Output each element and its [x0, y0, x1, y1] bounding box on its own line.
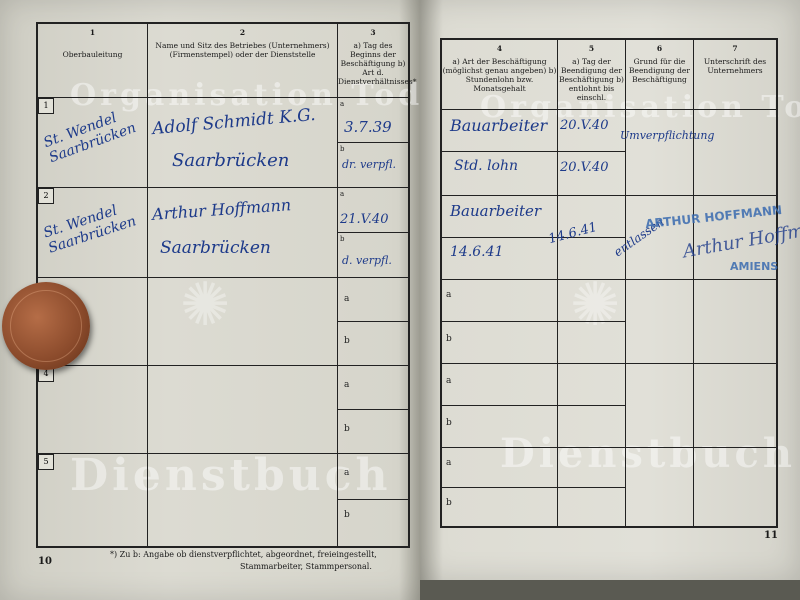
row2-dienst-art: d. verpfl.: [342, 254, 392, 267]
label-a: a: [446, 376, 451, 386]
r1-end-date: 20.V.40: [560, 118, 608, 133]
label-b: b: [340, 145, 344, 153]
r1-sign: [694, 110, 776, 196]
r5-grund: [626, 448, 694, 526]
r5-a: [442, 448, 558, 488]
label-a: a: [340, 190, 344, 198]
row4-col1: [38, 366, 148, 454]
r4-a: [442, 364, 558, 406]
employment-table-left: 1Oberbauleitung 2Name und Sitz des Betri…: [36, 22, 410, 548]
label-b: b: [446, 334, 452, 344]
label-b: b: [344, 510, 350, 520]
r3-b: [442, 322, 558, 364]
footnote-line1: *) Zu b: Angabe ob dienstverpflichtet, a…: [110, 550, 377, 559]
r3-a-end: [558, 280, 626, 322]
r2-lohn: 14.6.41: [450, 244, 503, 260]
r5-sign: [694, 448, 776, 526]
r2-art: Bauarbeiter: [450, 202, 541, 220]
r3-sign: [694, 280, 776, 364]
label-b: b: [344, 424, 350, 434]
row3-col2: [148, 278, 338, 366]
r4-b: [442, 406, 558, 448]
row1-begin-date: 3.7.39: [344, 118, 392, 136]
label-a: a: [344, 380, 349, 390]
label-a: a: [344, 294, 349, 304]
label-b: b: [340, 235, 344, 243]
r4-a-end: [558, 364, 626, 406]
r4-grund: [626, 364, 694, 448]
label-a: a: [340, 100, 344, 108]
r3-a: [442, 280, 558, 322]
page-number-right: 11: [764, 530, 778, 541]
page-number-left: 10: [38, 556, 52, 567]
stamp-city: AMIENS: [730, 260, 778, 273]
r1-grund: Umverpflichtung: [620, 116, 690, 156]
row-number: 1: [38, 98, 54, 114]
r1-lohn: Std. lohn: [454, 158, 518, 174]
header-col4: 4a) Art der Beschäftigung (möglichst gen…: [442, 40, 558, 110]
r3-b-end: [558, 322, 626, 364]
label-b: b: [446, 498, 452, 508]
row-number: 5: [38, 454, 54, 470]
header-col6: 6Grund für die Beendigung der Beschäftig…: [626, 40, 694, 110]
row5-col1: [38, 454, 148, 546]
r4-b-end: [558, 406, 626, 448]
label-a: a: [446, 458, 451, 468]
r3-grund: [626, 280, 694, 364]
row1-dienst-art: dr. verpfl.: [342, 158, 396, 171]
row5-col2: [148, 454, 338, 546]
row5-b: [338, 500, 408, 546]
employment-table-right: 4a) Art der Beschäftigung (möglichst gen…: [440, 38, 778, 528]
header-col7: 7Unterschrift des Unternehmers: [694, 40, 776, 110]
euro-cent-coin: [2, 282, 90, 370]
header-col1: 1Oberbauleitung: [38, 24, 148, 98]
left-page: Organisation Todt Dienstbuch ✺ 1Oberbaul…: [0, 0, 420, 600]
label-b: b: [446, 418, 452, 428]
row1-betrieb-city: Saarbrücken: [172, 150, 289, 171]
header-col2: 2Name und Sitz des Betriebes (Unternehme…: [148, 24, 338, 98]
header-col5: 5a) Tag der Beendigung der Beschäftigung…: [558, 40, 626, 110]
r4-sign: [694, 364, 776, 448]
label-a: a: [446, 290, 451, 300]
row4-col2: [148, 366, 338, 454]
row2-betrieb-city: Saarbrücken: [160, 238, 271, 258]
label-b: b: [344, 336, 350, 346]
footnote-line2: Stammarbeiter, Stammpersonal.: [240, 562, 372, 571]
r1-paid-until: 20.V.40: [560, 160, 608, 175]
row2-begin-date: 21.V.40: [340, 212, 388, 227]
r1-art: Bauarbeiter: [450, 116, 547, 135]
row-number: 2: [38, 188, 54, 204]
header-col3: 3a) Tag des Beginns der Beschäftigung b)…: [338, 24, 408, 98]
r5-b: [442, 488, 558, 526]
r5-a-end: [558, 448, 626, 488]
label-a: a: [344, 468, 349, 478]
right-page: Organisation Todt Dienstbuch ✺ 4a) Art d…: [420, 0, 800, 580]
r5-b-end: [558, 488, 626, 526]
